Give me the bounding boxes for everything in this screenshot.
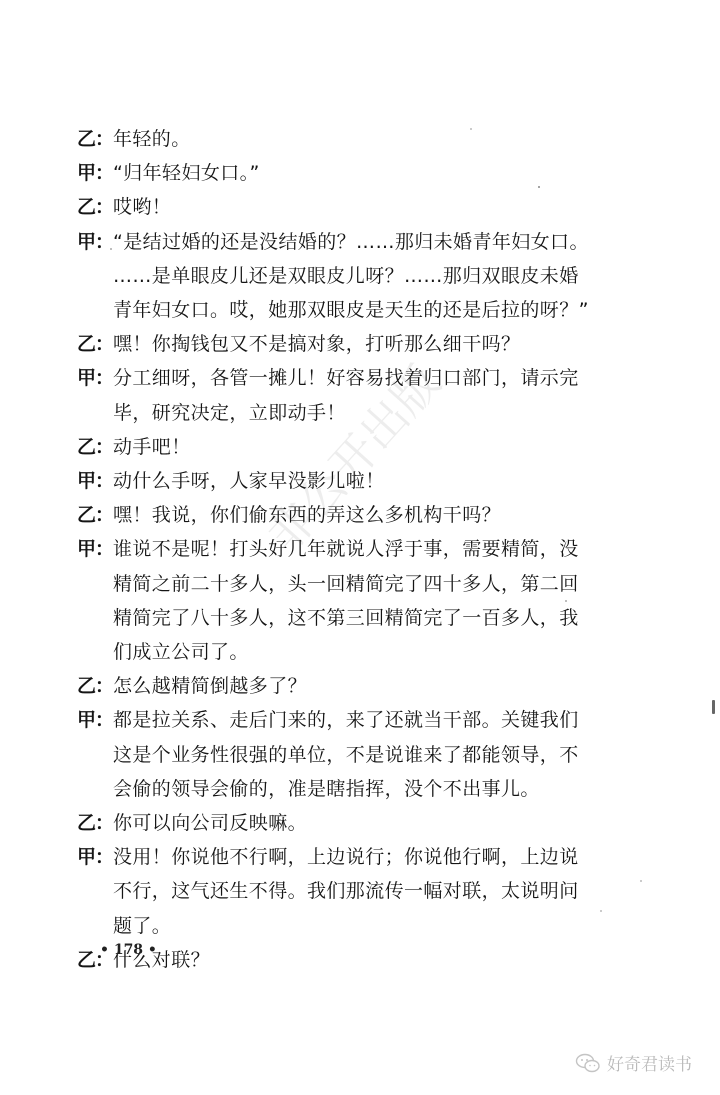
speech-text: 哎哟！ [113, 190, 637, 224]
dialogue-turn: 乙：嘿！你掏钱包又不是搞对象，打听那么细干吗？ [77, 327, 637, 361]
text-line: 哎哟！ [113, 190, 637, 224]
dialogue-turn: 乙：嘿！我说，你们偷东西的弄这么多机构干吗？ [77, 498, 637, 532]
dialogue-turn: 甲：分工细呀，各管一摊儿！好容易找着归口部门，请示完毕，研究决定，立即动手！ [77, 361, 637, 429]
book-page: 非公开出版 乙：年轻的。甲：“归年轻妇女口。”乙：哎哟！甲：“是结过婚的还是没结… [0, 0, 720, 1095]
speech-text: “归年轻妇女口。” [113, 156, 637, 190]
dialogue-turn: 甲：“是结过婚的还是没结婚的？……那归未婚青年妇女口。……是单眼皮儿还是双眼皮儿… [77, 225, 637, 328]
text-line: ……是单眼皮儿还是双眼皮儿呀？……那归双眼皮未婚 [113, 259, 637, 293]
scan-speck [470, 128, 472, 130]
speech-text: 你可以向公司反映嘛。 [113, 806, 637, 840]
speaker-label: 乙： [77, 806, 113, 840]
dialogue-turn: 甲：“归年轻妇女口。” [77, 156, 637, 190]
text-line: 题了。 [113, 909, 637, 943]
text-line: 年轻的。 [113, 122, 637, 156]
dialogue-turn: 乙：你可以向公司反映嘛。 [77, 806, 637, 840]
speech-text: 动手吧！ [113, 430, 637, 464]
text-line: 毕，研究决定，立即动手！ [113, 396, 637, 430]
scan-speck [110, 248, 112, 250]
speaker-label: 乙： [77, 327, 113, 361]
speaker-label: 甲： [77, 361, 113, 395]
dialogue-turn: 甲：谁说不是呢！打头好几年就说人浮于事，需要精简，没精简之前二十多人，头一回精简… [77, 532, 637, 669]
dialogue-turn: 乙：哎哟！ [77, 190, 637, 224]
brand-name: 好奇君读书 [607, 1050, 692, 1075]
speaker-label: 甲： [77, 703, 113, 737]
scan-speck [538, 186, 540, 188]
dialogue-turn: 乙：年轻的。 [77, 122, 637, 156]
text-line: 没用！你说他不行啊，上边说行；你说他行啊，上边说 [113, 840, 637, 874]
scan-speck [712, 700, 715, 714]
dialogue-turn: 乙：动手吧！ [77, 430, 637, 464]
speech-text: “是结过婚的还是没结婚的？……那归未婚青年妇女口。……是单眼皮儿还是双眼皮儿呀？… [113, 225, 637, 328]
speaker-label: 甲： [77, 156, 113, 190]
text-line: 不行，这气还生不得。我们那流传一幅对联，太说明问 [113, 874, 637, 908]
page-number: • 178 • [100, 942, 157, 958]
speaker-label: 乙： [77, 669, 113, 703]
speech-text: 年轻的。 [113, 122, 637, 156]
text-line: 分工细呀，各管一摊儿！好容易找着归口部门，请示完 [113, 361, 637, 395]
wechat-icon [575, 1053, 601, 1073]
text-line: 都是拉关系、走后门来的，来了还就当干部。关键我们 [113, 703, 637, 737]
text-line: 们成立公司了。 [113, 635, 637, 669]
brand-watermark: 好奇君读书 [575, 1050, 692, 1075]
dialogue: 乙：年轻的。甲：“归年轻妇女口。”乙：哎哟！甲：“是结过婚的还是没结婚的？……那… [77, 122, 637, 977]
dialogue-turn: 甲：没用！你说他不行啊，上边说行；你说他行啊，上边说不行，这气还生不得。我们那流… [77, 840, 637, 943]
speech-text: 怎么越精简倒越多了？ [113, 669, 637, 703]
speech-text: 谁说不是呢！打头好几年就说人浮于事，需要精简，没精简之前二十多人，头一回精简完了… [113, 532, 637, 669]
speech-text: 什么对联？ [113, 943, 637, 977]
text-line: 这是个业务性很强的单位，不是说谁来了都能领导，不 [113, 738, 637, 772]
speaker-label: 甲： [77, 840, 113, 874]
text-line: 你可以向公司反映嘛。 [113, 806, 637, 840]
text-line: 嘿！我说，你们偷东西的弄这么多机构干吗？ [113, 498, 637, 532]
speaker-label: 甲： [77, 225, 113, 259]
text-line: 怎么越精简倒越多了？ [113, 669, 637, 703]
text-line: 会偷的领导会偷的，准是瞎指挥，没个不出事儿。 [113, 772, 637, 806]
text-line: 动什么手呀，人家早没影儿啦！ [113, 464, 637, 498]
speaker-label: 乙： [77, 498, 113, 532]
speech-text: 没用！你说他不行啊，上边说行；你说他行啊，上边说不行，这气还生不得。我们那流传一… [113, 840, 637, 943]
speech-text: 都是拉关系、走后门来的，来了还就当干部。关键我们这是个业务性很强的单位，不是说谁… [113, 703, 637, 806]
text-line: 嘿！你掏钱包又不是搞对象，打听那么细干吗？ [113, 327, 637, 361]
dialogue-turn: 甲：都是拉关系、走后门来的，来了还就当干部。关键我们这是个业务性很强的单位，不是… [77, 703, 637, 806]
text-line: 动手吧！ [113, 430, 637, 464]
dialogue-turn: 甲：动什么手呀，人家早没影儿啦！ [77, 464, 637, 498]
text-line: 谁说不是呢！打头好几年就说人浮于事，需要精简，没 [113, 532, 637, 566]
speech-text: 嘿！你掏钱包又不是搞对象，打听那么细干吗？ [113, 327, 637, 361]
text-line: “归年轻妇女口。” [113, 156, 637, 190]
speaker-label: 乙： [77, 430, 113, 464]
scan-speck [600, 910, 602, 912]
speaker-label: 甲： [77, 464, 113, 498]
speech-text: 动什么手呀，人家早没影儿啦！ [113, 464, 637, 498]
speaker-label: 乙： [77, 190, 113, 224]
scan-speck [640, 880, 642, 882]
speaker-label: 甲： [77, 532, 113, 566]
text-line: “是结过婚的还是没结婚的？……那归未婚青年妇女口。 [113, 225, 637, 259]
text-line: 精简完了八十多人，这不第三回精简完了一百多人，我 [113, 601, 637, 635]
dialogue-turn: 乙：什么对联？ [77, 943, 637, 977]
scan-speck [565, 600, 567, 602]
speech-text: 分工细呀，各管一摊儿！好容易找着归口部门，请示完毕，研究决定，立即动手！ [113, 361, 637, 429]
text-line: 青年妇女口。哎，她那双眼皮是天生的还是后拉的呀？” [113, 293, 637, 327]
dialogue-turn: 乙：怎么越精简倒越多了？ [77, 669, 637, 703]
speech-text: 嘿！我说，你们偷东西的弄这么多机构干吗？ [113, 498, 637, 532]
text-line: 什么对联？ [113, 943, 637, 977]
text-line: 精简之前二十多人，头一回精简完了四十多人，第二回 [113, 567, 637, 601]
speaker-label: 乙： [77, 122, 113, 156]
